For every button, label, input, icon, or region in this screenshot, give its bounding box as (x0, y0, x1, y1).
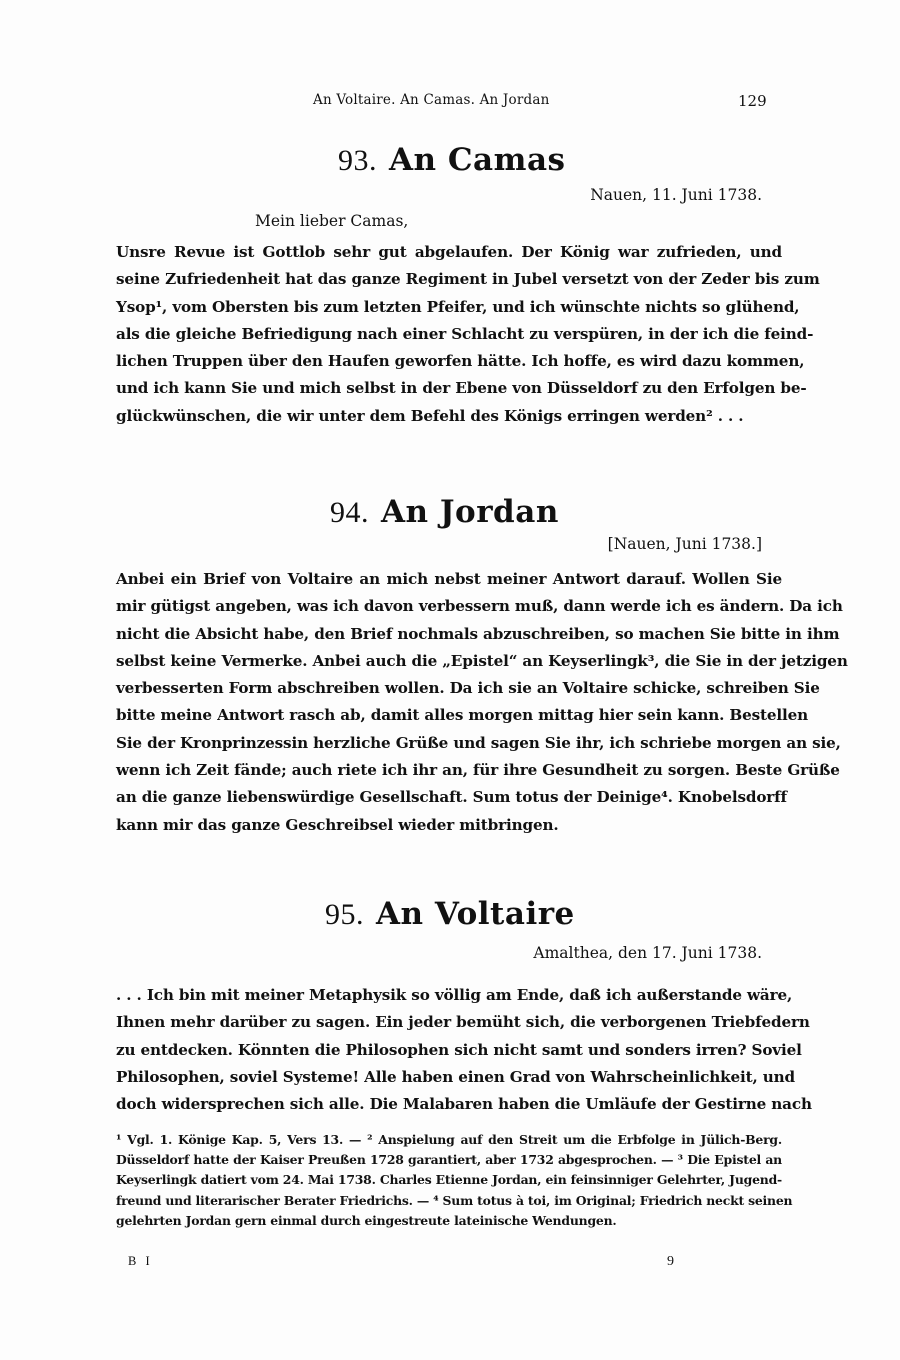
text-line: zu entdecken. Könnten die Philosophen si… (116, 1037, 782, 1064)
text-line: als die gleiche Befriedigung nach einer … (116, 321, 782, 348)
footnote-line: freund und literarischer Berater Friedri… (116, 1191, 782, 1211)
page-number: 129 (738, 92, 767, 110)
letter-93-body: Unsre Revue ist Gottlob sehr gut abgelau… (116, 239, 782, 430)
footnote-line: Düsseldorf hatte der Kaiser Preußen 1728… (116, 1150, 782, 1170)
letter-93-salutation: Mein lieber Camas, (255, 212, 408, 230)
text-line: wenn ich Zeit fände; auch riete ich ihr … (116, 757, 782, 784)
footnote-line: ¹ Vgl. 1. Könige Kap. 5, Vers 13. — ² An… (116, 1130, 782, 1150)
letter-94-heading: 94.An Jordan (330, 494, 559, 530)
letter-title: An Camas (389, 142, 565, 178)
letter-number: 93. (338, 144, 377, 177)
text-line: verbesserten Form abschreiben wollen. Da… (116, 675, 782, 702)
text-line: und ich kann Sie und mich selbst in der … (116, 375, 782, 402)
text-line: Ihnen mehr darüber zu sagen. Ein jeder b… (116, 1009, 782, 1036)
text-line: Anbei ein Brief von Voltaire an mich neb… (116, 566, 782, 593)
letter-title: An Voltaire (376, 896, 575, 932)
text-line: Ysop¹, vom Obersten bis zum letzten Pfei… (116, 294, 782, 321)
text-line: selbst keine Vermerke. Anbei auch die „E… (116, 648, 782, 675)
running-head: An Voltaire. An Camas. An Jordan (313, 92, 550, 108)
text-line: mir gütigst angeben, was ich davon verbe… (116, 593, 782, 620)
text-line: kann mir das ganze Geschreibsel wieder m… (116, 812, 782, 839)
letter-number: 95. (325, 898, 364, 931)
text-line: . . . Ich bin mit meiner Metaphysik so v… (116, 982, 782, 1009)
printer-signature: B I (128, 1254, 153, 1269)
footnotes: ¹ Vgl. 1. Könige Kap. 5, Vers 13. — ² An… (116, 1130, 782, 1231)
text-line: doch widersprechen sich alle. Die Malaba… (116, 1091, 782, 1118)
text-line: glückwünschen, die wir unter dem Befehl … (116, 403, 782, 430)
text-line: Sie der Kronprinzessin herzliche Grüße u… (116, 730, 782, 757)
letter-93-dateline: Nauen, 11. Juni 1738. (590, 186, 762, 204)
footnote-line: gelehrten Jordan gern einmal durch einge… (116, 1211, 782, 1231)
sheet-number: 9 (667, 1254, 674, 1270)
letter-95-heading: 95.An Voltaire (325, 896, 575, 932)
text-line: lichen Truppen über den Haufen geworfen … (116, 348, 782, 375)
text-line: an die ganze liebenswürdige Gesellschaft… (116, 784, 782, 811)
letter-95-body: . . . Ich bin mit meiner Metaphysik so v… (116, 982, 782, 1118)
letter-number: 94. (330, 496, 369, 529)
book-page: An Voltaire. An Camas. An Jordan 129 93.… (0, 0, 900, 1360)
letter-95-dateline: Amalthea, den 17. Juni 1738. (533, 944, 762, 962)
letter-94-body: Anbei ein Brief von Voltaire an mich neb… (116, 566, 782, 839)
text-line: Philosophen, soviel Systeme! Alle haben … (116, 1064, 782, 1091)
letter-93-heading: 93.An Camas (338, 142, 565, 178)
letter-94-dateline: [Nauen, Juni 1738.] (608, 535, 762, 553)
text-line: seine Zufriedenheit hat das ganze Regime… (116, 266, 782, 293)
letter-title: An Jordan (381, 494, 559, 530)
footnote-line: Keyserlingk datiert vom 24. Mai 1738. Ch… (116, 1170, 782, 1190)
text-line: nicht die Absicht habe, den Brief nochma… (116, 621, 782, 648)
text-line: bitte meine Antwort rasch ab, damit alle… (116, 702, 782, 729)
text-line: Unsre Revue ist Gottlob sehr gut abgelau… (116, 239, 782, 266)
